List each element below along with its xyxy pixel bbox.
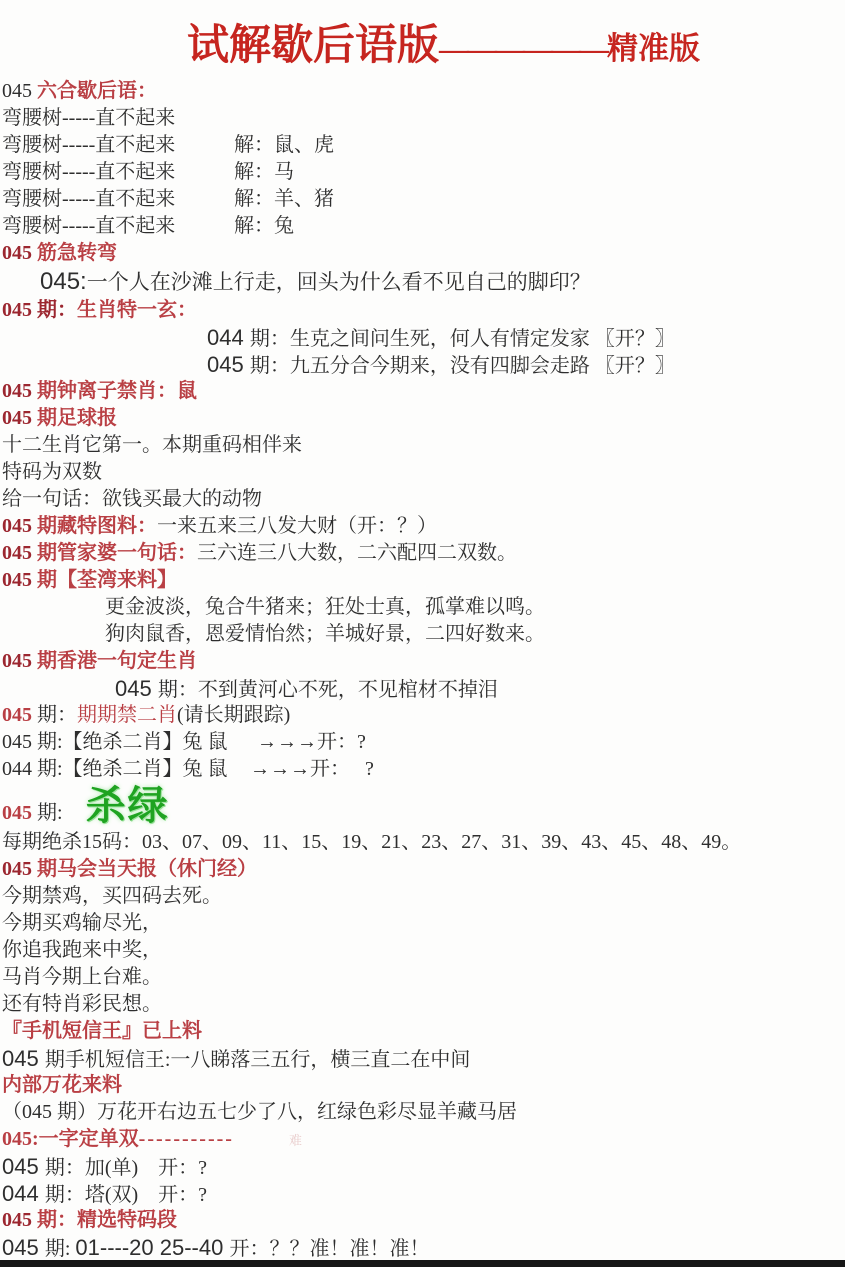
text-segment: 045: [2, 1209, 37, 1231]
wanhua-text: （045 期）万花开右边五七少了八，红绿色彩尽显羊藏马居: [2, 1099, 845, 1126]
text-segment: 弯腰树-----直不起来: [2, 186, 234, 213]
text-segment: 三六连三八大数，二六配四二双数。: [197, 542, 517, 564]
body-line: 还有特肖彩民想。: [2, 991, 845, 1018]
text-segment: 期足球报: [37, 407, 117, 429]
text-segment: 045: [2, 242, 37, 264]
riddle-line: 弯腰树-----直不起来解：马: [2, 159, 845, 186]
text-segment: 马肖今期上台难。: [2, 966, 162, 988]
text-segment: (请长期跟踪): [177, 704, 290, 726]
text-segment: 045:: [2, 1128, 39, 1150]
page-title: 试解歇后语版——————精准版: [2, 14, 845, 78]
text-segment: 解：鼠、虎: [234, 134, 334, 156]
text-segment: 一字定单双: [39, 1128, 139, 1150]
text-segment: 期：生克之间问生死，何人有情定发家 〖开？〗: [250, 328, 675, 350]
text-segment: -----------: [139, 1128, 234, 1150]
text-segment: 今期禁鸡，买四码去死。: [2, 885, 222, 907]
section-cangtetuliao: 045 期藏特图料：一来五来三八发大财（开：？）: [2, 513, 845, 540]
section-jinxiao: 045 期钟离子禁肖：鼠: [2, 378, 845, 405]
text-segment: 十二生肖它第一。本期重码相伴来: [2, 434, 302, 456]
text-segment: 弯腰树-----直不起来: [2, 213, 234, 240]
text-segment: 还有特肖彩民想。: [2, 993, 162, 1015]
text-segment: 045:: [40, 268, 87, 295]
verse-line: 045 期：不到黄河心不死，不见棺材不掉泪: [2, 675, 845, 702]
section-quanwan: 045 期【荃湾来料】: [2, 567, 845, 594]
text-segment: 弯腰树-----直不起来: [2, 159, 234, 186]
text-segment: 045: [2, 569, 37, 591]
text-segment: 期:: [45, 1238, 76, 1260]
text-segment: 期：九五分合今期来，没有四脚会走路 〖开？〗: [250, 355, 675, 377]
text-segment: （045 期）万花开右边五七少了八，红绿色彩尽显羊藏马居: [2, 1101, 517, 1123]
section-jin-erxiao: 045 期：期期禁二肖(请长期跟踪): [2, 702, 845, 729]
text-segment: 给一句话：欲钱买最大的动物: [2, 488, 262, 510]
text-segment: 045: [2, 515, 37, 537]
text-segment: 期【荃湾来料】: [37, 569, 177, 591]
text-segment: 开：？？准！准！准！: [229, 1238, 429, 1260]
text-segment: 生肖特一玄：: [77, 299, 197, 321]
riddle-line: 弯腰树-----直不起来解：羊、猪: [2, 186, 845, 213]
text-segment: 045: [2, 1046, 45, 1071]
text-segment: 045: [115, 676, 158, 701]
section-guanjiapo: 045 期管家婆一句话：三六连三八大数，二六配四二双数。: [2, 540, 845, 567]
text-segment: 期：: [37, 704, 77, 726]
text-segment: 今期买鸡输尽光，: [2, 912, 162, 934]
text-segment: 解：羊、猪: [234, 188, 334, 210]
text-segment: 045: [2, 802, 37, 824]
text-segment: 期藏特图料：: [37, 515, 157, 537]
text-segment: 045: [2, 542, 37, 564]
text-segment: 045: [2, 380, 37, 402]
text-segment: 045: [2, 1235, 45, 1260]
text-segment: 期：不到黄河心不死，不见棺材不掉泪: [158, 679, 498, 701]
riddle-line: 弯腰树-----直不起来解：鼠、虎: [2, 132, 845, 159]
section-jingxuan-temaduan: 045 期：精选特码段: [2, 1207, 845, 1234]
text-segment: 044: [2, 1181, 45, 1206]
verse-line: 044 期：生克之间问生死，何人有情定发家 〖开？〗: [2, 324, 845, 351]
section-brain-teaser: 045 筋急转弯: [2, 240, 845, 267]
body-line: 十二生肖它第一。本期重码相伴来: [2, 432, 845, 459]
text-segment: 044: [207, 325, 250, 350]
text-segment: 弯腰树-----直不起来: [2, 107, 175, 129]
text-segment: 045: [2, 650, 37, 672]
section-liuhe-xiehouyu: 045 六合歇后语：: [2, 78, 845, 105]
text-segment: 狗肉鼠香，恩爱情怡然；羊城好景，二四好数来。: [105, 623, 545, 645]
body-line: 给一句话：欲钱买最大的动物: [2, 486, 845, 513]
text-segment: 045: [2, 858, 37, 880]
text-segment: 难: [289, 1133, 302, 1148]
text-segment: 更金波淡，兔合牛猪来；狂处士真，孤掌难以鸣。: [105, 596, 545, 618]
text-segment: 解：马: [234, 161, 294, 183]
text-segment: 期：精选特码段: [37, 1209, 177, 1231]
section-mahui-dangtianbao: 045 期马会当天报（休门经）: [2, 856, 845, 883]
danshuang-line: 045 期：加(单) 开：?: [2, 1153, 845, 1180]
text-segment: 一个人在沙滩上行走，回头为什么看不见自己的脚印？: [87, 270, 591, 294]
text-segment: 期香港一句定生肖: [37, 650, 197, 672]
kill-15-codes: 每期绝杀15码：03、07、09、11、15、19、21、23、27、31、39…: [2, 829, 845, 856]
section-shengxiao-teyixuan: 045 期：生肖特一玄：: [2, 297, 845, 324]
temaduan-line: 045 期: 01----20 25--40 开：？？准！准！准！: [2, 1234, 845, 1261]
text-segment: 解：兔: [234, 215, 294, 237]
text-segment: →→→开：?: [257, 731, 366, 753]
text-segment: ——————: [439, 33, 607, 66]
text-segment: 内部万花来料: [2, 1074, 122, 1096]
body-line: 马肖今期上台难。: [2, 964, 845, 991]
text-segment: 045 期:【绝杀二肖】兔 鼠: [2, 729, 257, 756]
body-line: 特码为双数: [2, 459, 845, 486]
sms-king-text: 045 期手机短信王:一八睇落三五行，横三直二在中间: [2, 1045, 845, 1072]
text-segment: →→→开： ?: [250, 758, 374, 780]
text-segment: 期手机短信王:一八睇落三五行，横三直二在中间: [45, 1049, 471, 1071]
brain-teaser-text: 045:一个人在沙滩上行走，回头为什么看不见自己的脚印？: [2, 267, 845, 297]
text-segment: 你追我跑来中奖，: [2, 939, 162, 961]
text-segment: 杀绿: [86, 783, 170, 828]
kill-green-line: 045 期: 杀绿: [2, 783, 845, 829]
text-segment: 045: [2, 704, 37, 726]
verse-line: 045 期：九五分合今期来，没有四脚会走路 〖开？〗: [2, 351, 845, 378]
section-sms-king: 『手机短信王』已上料: [2, 1018, 845, 1045]
text-segment: 试解歇后语版: [187, 23, 439, 69]
riddle-line: 弯腰树-----直不起来解：兔: [2, 213, 845, 240]
text-segment: 期马会当天报（休门经）: [37, 858, 257, 880]
text-segment: 01----20 25--40: [75, 1235, 229, 1260]
body-line: 你追我跑来中奖，: [2, 937, 845, 964]
text-segment: 044 期:【绝杀二肖】兔 鼠: [2, 756, 250, 783]
text-segment: 期钟离子禁肖：鼠: [37, 380, 197, 402]
section-hk-one-sentence: 045 期香港一句定生肖: [2, 648, 845, 675]
document-page: 试解歇后语版——————精准版045 六合歇后语：弯腰树-----直不起来弯腰树…: [0, 0, 845, 1261]
text-segment: 期:: [37, 802, 68, 824]
text-segment: 期期禁二肖: [77, 704, 177, 726]
section-zuqiubao: 045 期足球报: [2, 405, 845, 432]
body-line: 今期禁鸡，买四码去死。: [2, 883, 845, 910]
verse-line: 狗肉鼠香，恩爱情怡然；羊城好景，二四好数来。: [2, 621, 845, 648]
juesha-line: 045 期:【绝杀二肖】兔 鼠→→→开：?: [2, 729, 845, 756]
bottom-bar: [0, 1260, 845, 1267]
text-segment: 045 期：: [2, 299, 77, 321]
text-segment: 弯腰树-----直不起来: [2, 132, 234, 159]
danshuang-line: 044 期：塔(双) 开：?: [2, 1180, 845, 1207]
body-line: 今期买鸡输尽光，: [2, 910, 845, 937]
riddle-line: 弯腰树-----直不起来: [2, 105, 845, 132]
verse-line: 更金波淡，兔合牛猪来；狂处士真，孤掌难以鸣。: [2, 594, 845, 621]
section-yizi-dingdanshuang: 045:一字定单双-----------难: [2, 1126, 845, 1153]
text-segment: 045: [207, 352, 250, 377]
text-segment: 筋急转弯: [37, 242, 117, 264]
juesha-line: 044 期:【绝杀二肖】兔 鼠→→→开： ?: [2, 756, 845, 783]
text-segment: 045: [2, 407, 37, 429]
text-segment: 精准版: [607, 31, 700, 66]
text-segment: 期管家婆一句话：: [37, 542, 197, 564]
text-segment: 特码为双数: [2, 461, 102, 483]
text-segment: 『手机短信王』已上料: [2, 1020, 202, 1042]
text-segment: 每期绝杀15码：03、07、09、11、15、19、21、23、27、31、39…: [2, 831, 741, 853]
section-neibu-wanhua: 内部万花来料: [2, 1072, 845, 1099]
text-segment: 045: [2, 1154, 45, 1179]
text-segment: 六合歇后语：: [37, 80, 157, 102]
text-segment: 期：加(单) 开：?: [45, 1157, 207, 1179]
text-segment: 045: [2, 80, 37, 102]
text-segment: 期：塔(双) 开：?: [45, 1184, 207, 1206]
text-segment: 一来五来三八发大财（开：？）: [157, 515, 437, 537]
